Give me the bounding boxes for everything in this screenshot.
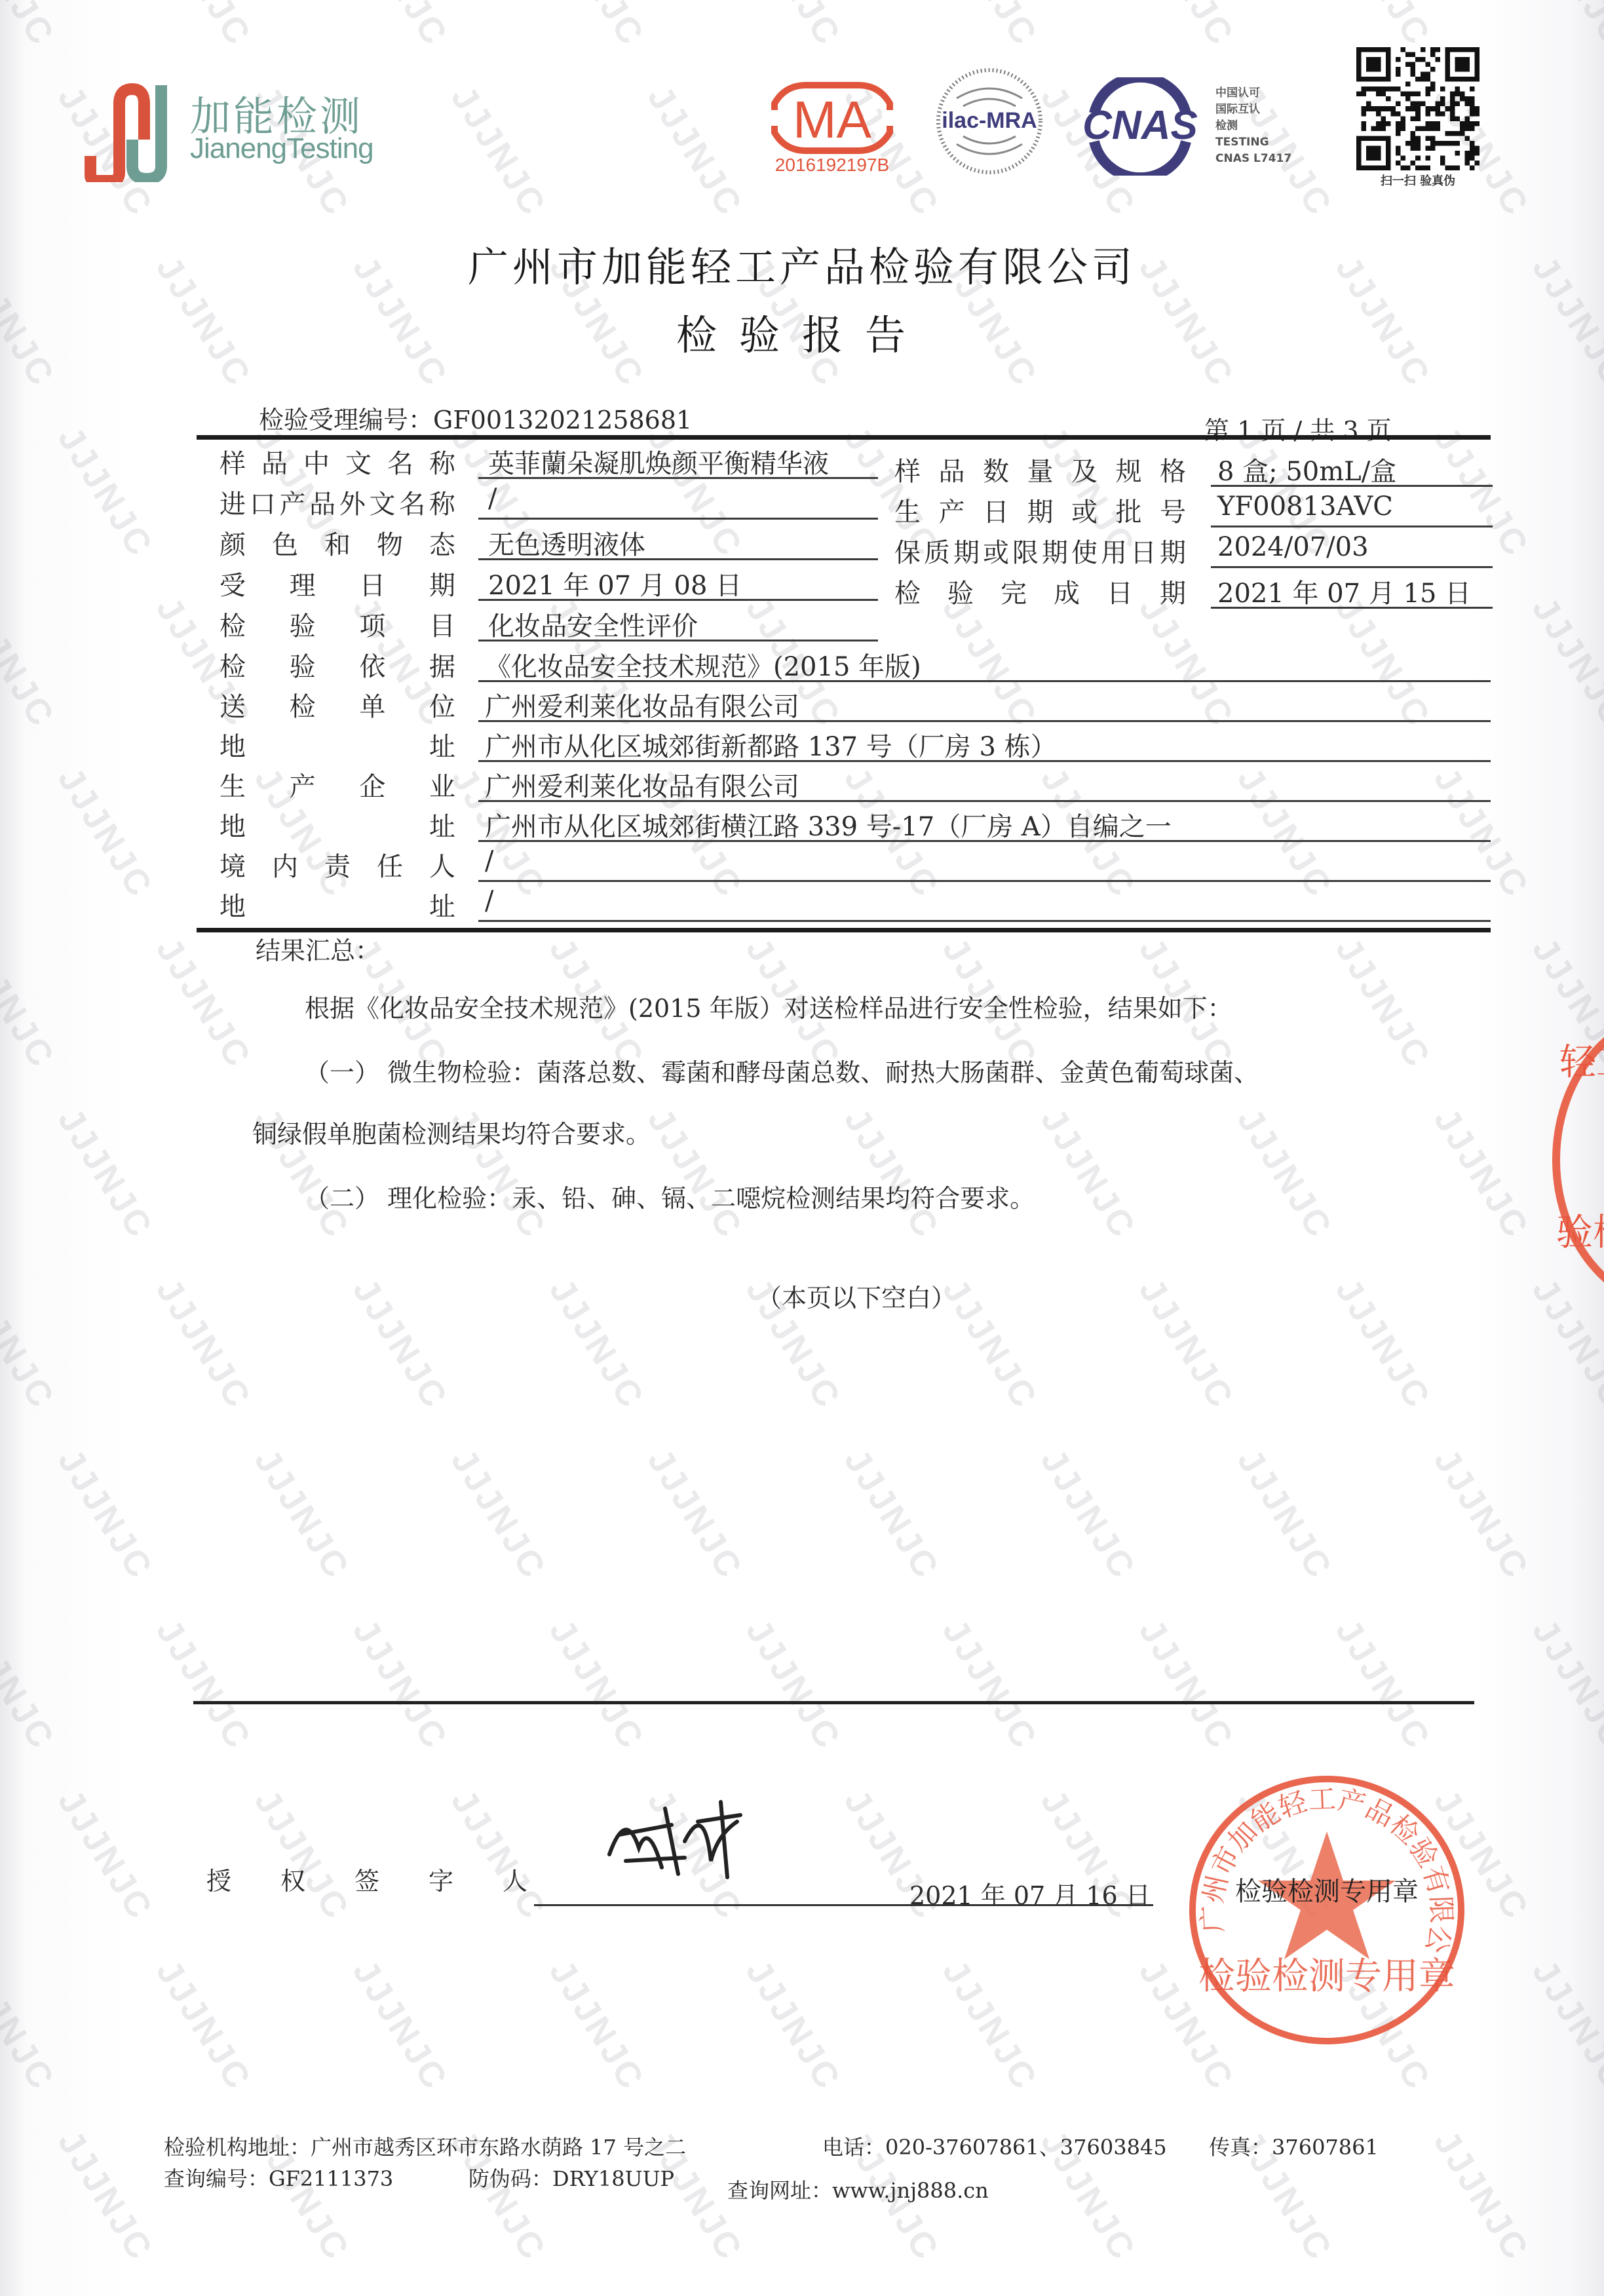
sample-field-value: 2021 年 07 月 08 日 <box>488 565 742 602</box>
sample-field-underline <box>478 599 878 601</box>
qr-code-icon[interactable] <box>1356 47 1480 170</box>
cma-code: 2016192197B <box>767 155 898 176</box>
sample-field-label: 进口产品外文名称 <box>220 484 455 521</box>
sample-field-label: 样品中文名称 <box>220 443 455 480</box>
info-field-underline <box>478 840 1491 842</box>
footer-query-number: 查询编号：GF2111373 <box>164 2162 393 2192</box>
sample-field-underline <box>478 518 878 520</box>
signatory-label-char: 授 <box>206 1861 231 1897</box>
info-field-value: 广州市从化区城郊街新都路 137 号（厂房 3 栋） <box>485 726 1057 763</box>
info-field-label: 生产企业 <box>220 766 455 803</box>
signatory-label-char: 人 <box>503 1861 527 1897</box>
svg-text:MA: MA <box>793 90 872 149</box>
sample-field-value: 英菲蘭朵凝肌焕颜平衡精华液 <box>488 443 829 480</box>
footer-phone: 电话：020-37607861、37603845 <box>822 2131 1167 2161</box>
info-field-value: 《化妆品安全技术规范》(2015 年版) <box>485 646 921 683</box>
svg-text:检验检测专用章: 检验检测专用章 <box>1198 1955 1455 1998</box>
svg-text:验检: 验检 <box>1556 1212 1604 1254</box>
info-field-label: 送检单位 <box>220 686 455 723</box>
acceptance-number-label: 检验受理编号： <box>259 406 433 434</box>
sample-field-label: 颜色和物态 <box>220 524 455 562</box>
svg-text:CNAS: CNAS <box>1082 103 1198 148</box>
info-field-underline <box>478 880 1491 882</box>
results-intro: 根据《化妆品安全技术规范》(2015 年版）对送检样品进行安全性检验，结果如下： <box>305 988 1232 1024</box>
svg-text:轻工: 轻工 <box>1559 1041 1604 1084</box>
report-page: JJJNJCJJJNJCJJJNJCJJJNJCJJJNJCJJJNJCJJJN… <box>0 0 1604 2296</box>
results-item-microbiology-cont: 铜绿假单胞菌检测结果均符合要求。 <box>252 1114 651 1150</box>
sample-field-value: / <box>488 484 497 514</box>
signatory-label-char: 字 <box>429 1861 453 1897</box>
page-indicator: 第 1 页 / 共 3 页 <box>1204 410 1392 446</box>
signatory-label-char: 权 <box>280 1861 305 1897</box>
sample-field-underline <box>478 477 878 479</box>
sample-field-value: YF00813AVC <box>1217 491 1393 522</box>
partial-edge-seal-icon: 轻工 验检 <box>1546 1003 1604 1317</box>
svg-text:检验检测专用章: 检验检测专用章 <box>1235 1877 1419 1907</box>
sample-field-value: 2024/07/03 <box>1217 532 1369 562</box>
logo-english-name: JianengTesting <box>190 132 373 165</box>
document-title: 检验报告 <box>0 303 1604 361</box>
info-field-label: 地址 <box>220 886 455 923</box>
sample-field-underline <box>478 640 878 641</box>
company-title: 广州市加能轻工产品检验有限公司 <box>0 235 1604 293</box>
sample-field-label: 检验完成日期 <box>894 573 1186 610</box>
ilac-mra-logo-icon: ilac-MRA <box>934 66 1045 177</box>
sample-field-label: 样品数量及规格 <box>894 451 1186 488</box>
info-field-label: 检验依据 <box>220 646 455 683</box>
footer-fax: 传真：37607861 <box>1209 2131 1379 2161</box>
signatory-label-char: 签 <box>354 1861 379 1897</box>
jianeng-logo-icon <box>79 77 177 182</box>
footer-anti-counterfeit-code: 防伪码：DRY18UUP <box>468 2162 674 2192</box>
sample-field-value: 无色透明液体 <box>488 524 645 562</box>
cnas-caption: 中国认可 国际互认 检测 TESTING CNAS L7417 <box>1215 85 1291 167</box>
sample-field-underline <box>1211 485 1493 487</box>
cma-logo-icon: MA <box>767 79 898 157</box>
info-field-value: 广州爱利莱化妆品有限公司 <box>485 686 799 723</box>
cnas-logo-icon: CNAS <box>1075 77 1206 176</box>
table-top-rule <box>197 435 1491 440</box>
handwritten-signature <box>600 1795 750 1887</box>
info-field-label: 地址 <box>220 726 455 763</box>
info-field-underline <box>478 680 1491 682</box>
results-item-microbiology: （一） 微生物检验：菌落总数、霉菌和酵母菌总数、耐热大肠菌群、金黄色葡萄球菌、 <box>305 1052 1259 1088</box>
sample-field-value: 化妆品安全性评价 <box>488 605 698 643</box>
sample-field-underline <box>1211 607 1493 609</box>
table-bottom-rule <box>197 928 1491 932</box>
info-field-value: / <box>485 846 493 876</box>
cnas-caption-line: 国际互认 <box>1215 102 1291 118</box>
sample-field-label: 检验项目 <box>220 605 455 643</box>
sample-field-value: 2021 年 07 月 15 日 <box>1217 573 1471 610</box>
authorized-signatory-label: 授权签字人 <box>206 1861 527 1897</box>
signature-rule <box>193 1701 1474 1704</box>
cnas-caption-line: 中国认可 <box>1215 85 1291 102</box>
sample-field-label: 受理日期 <box>220 565 455 602</box>
sample-field-value: 8 盒; 50mL/盒 <box>1217 451 1396 488</box>
info-field-label: 境内责任人 <box>220 846 455 883</box>
info-field-underline <box>478 720 1491 722</box>
sample-field-underline <box>478 558 878 560</box>
info-field-value: 广州市从化区城郊街横江路 339 号-17（厂房 A）自编之一 <box>485 806 1172 843</box>
info-field-underline <box>478 760 1491 762</box>
cnas-caption-line: 检测 <box>1215 118 1291 134</box>
info-field-value: / <box>485 886 493 916</box>
footer-address: 检验机构地址：广州市越秀区环市东路水荫路 17 号之二 <box>164 2131 686 2161</box>
info-field-underline <box>478 800 1491 802</box>
sample-field-underline <box>1211 526 1493 527</box>
footer-query-url[interactable]: 查询网址：www.jnj888.cn <box>727 2174 989 2204</box>
cnas-caption-line: CNAS L7417 <box>1215 151 1291 167</box>
blank-page-note: （本页以下空白） <box>757 1278 956 1314</box>
sample-field-underline <box>1211 566 1493 568</box>
results-heading: 结果汇总： <box>256 930 380 966</box>
info-field-label: 地址 <box>220 806 455 843</box>
acceptance-number-value: GF00132021258681 <box>433 406 692 434</box>
official-seal-icon: 广州市加能轻工产品检验有限公司 检验检测专用章 检验检测专用章 <box>1179 1769 1474 2044</box>
acceptance-number: 检验受理编号：GF00132021258681 <box>259 400 692 436</box>
info-field-value: 广州爱利莱化妆品有限公司 <box>485 766 799 803</box>
qr-caption: 扫一扫 验真伪 <box>1356 172 1480 189</box>
results-item-physicochemical: （二） 理化检验：汞、铅、砷、镉、二噁烷检测结果均符合要求。 <box>305 1178 1035 1214</box>
info-field-underline <box>478 920 1491 922</box>
sample-field-label: 生产日期或批号 <box>894 491 1186 529</box>
sample-field-label: 保质期或限期使用日期 <box>894 532 1186 569</box>
signature-line <box>534 1904 1153 1906</box>
svg-text:ilac-MRA: ilac-MRA <box>942 108 1037 133</box>
cnas-caption-line: TESTING <box>1215 134 1291 151</box>
